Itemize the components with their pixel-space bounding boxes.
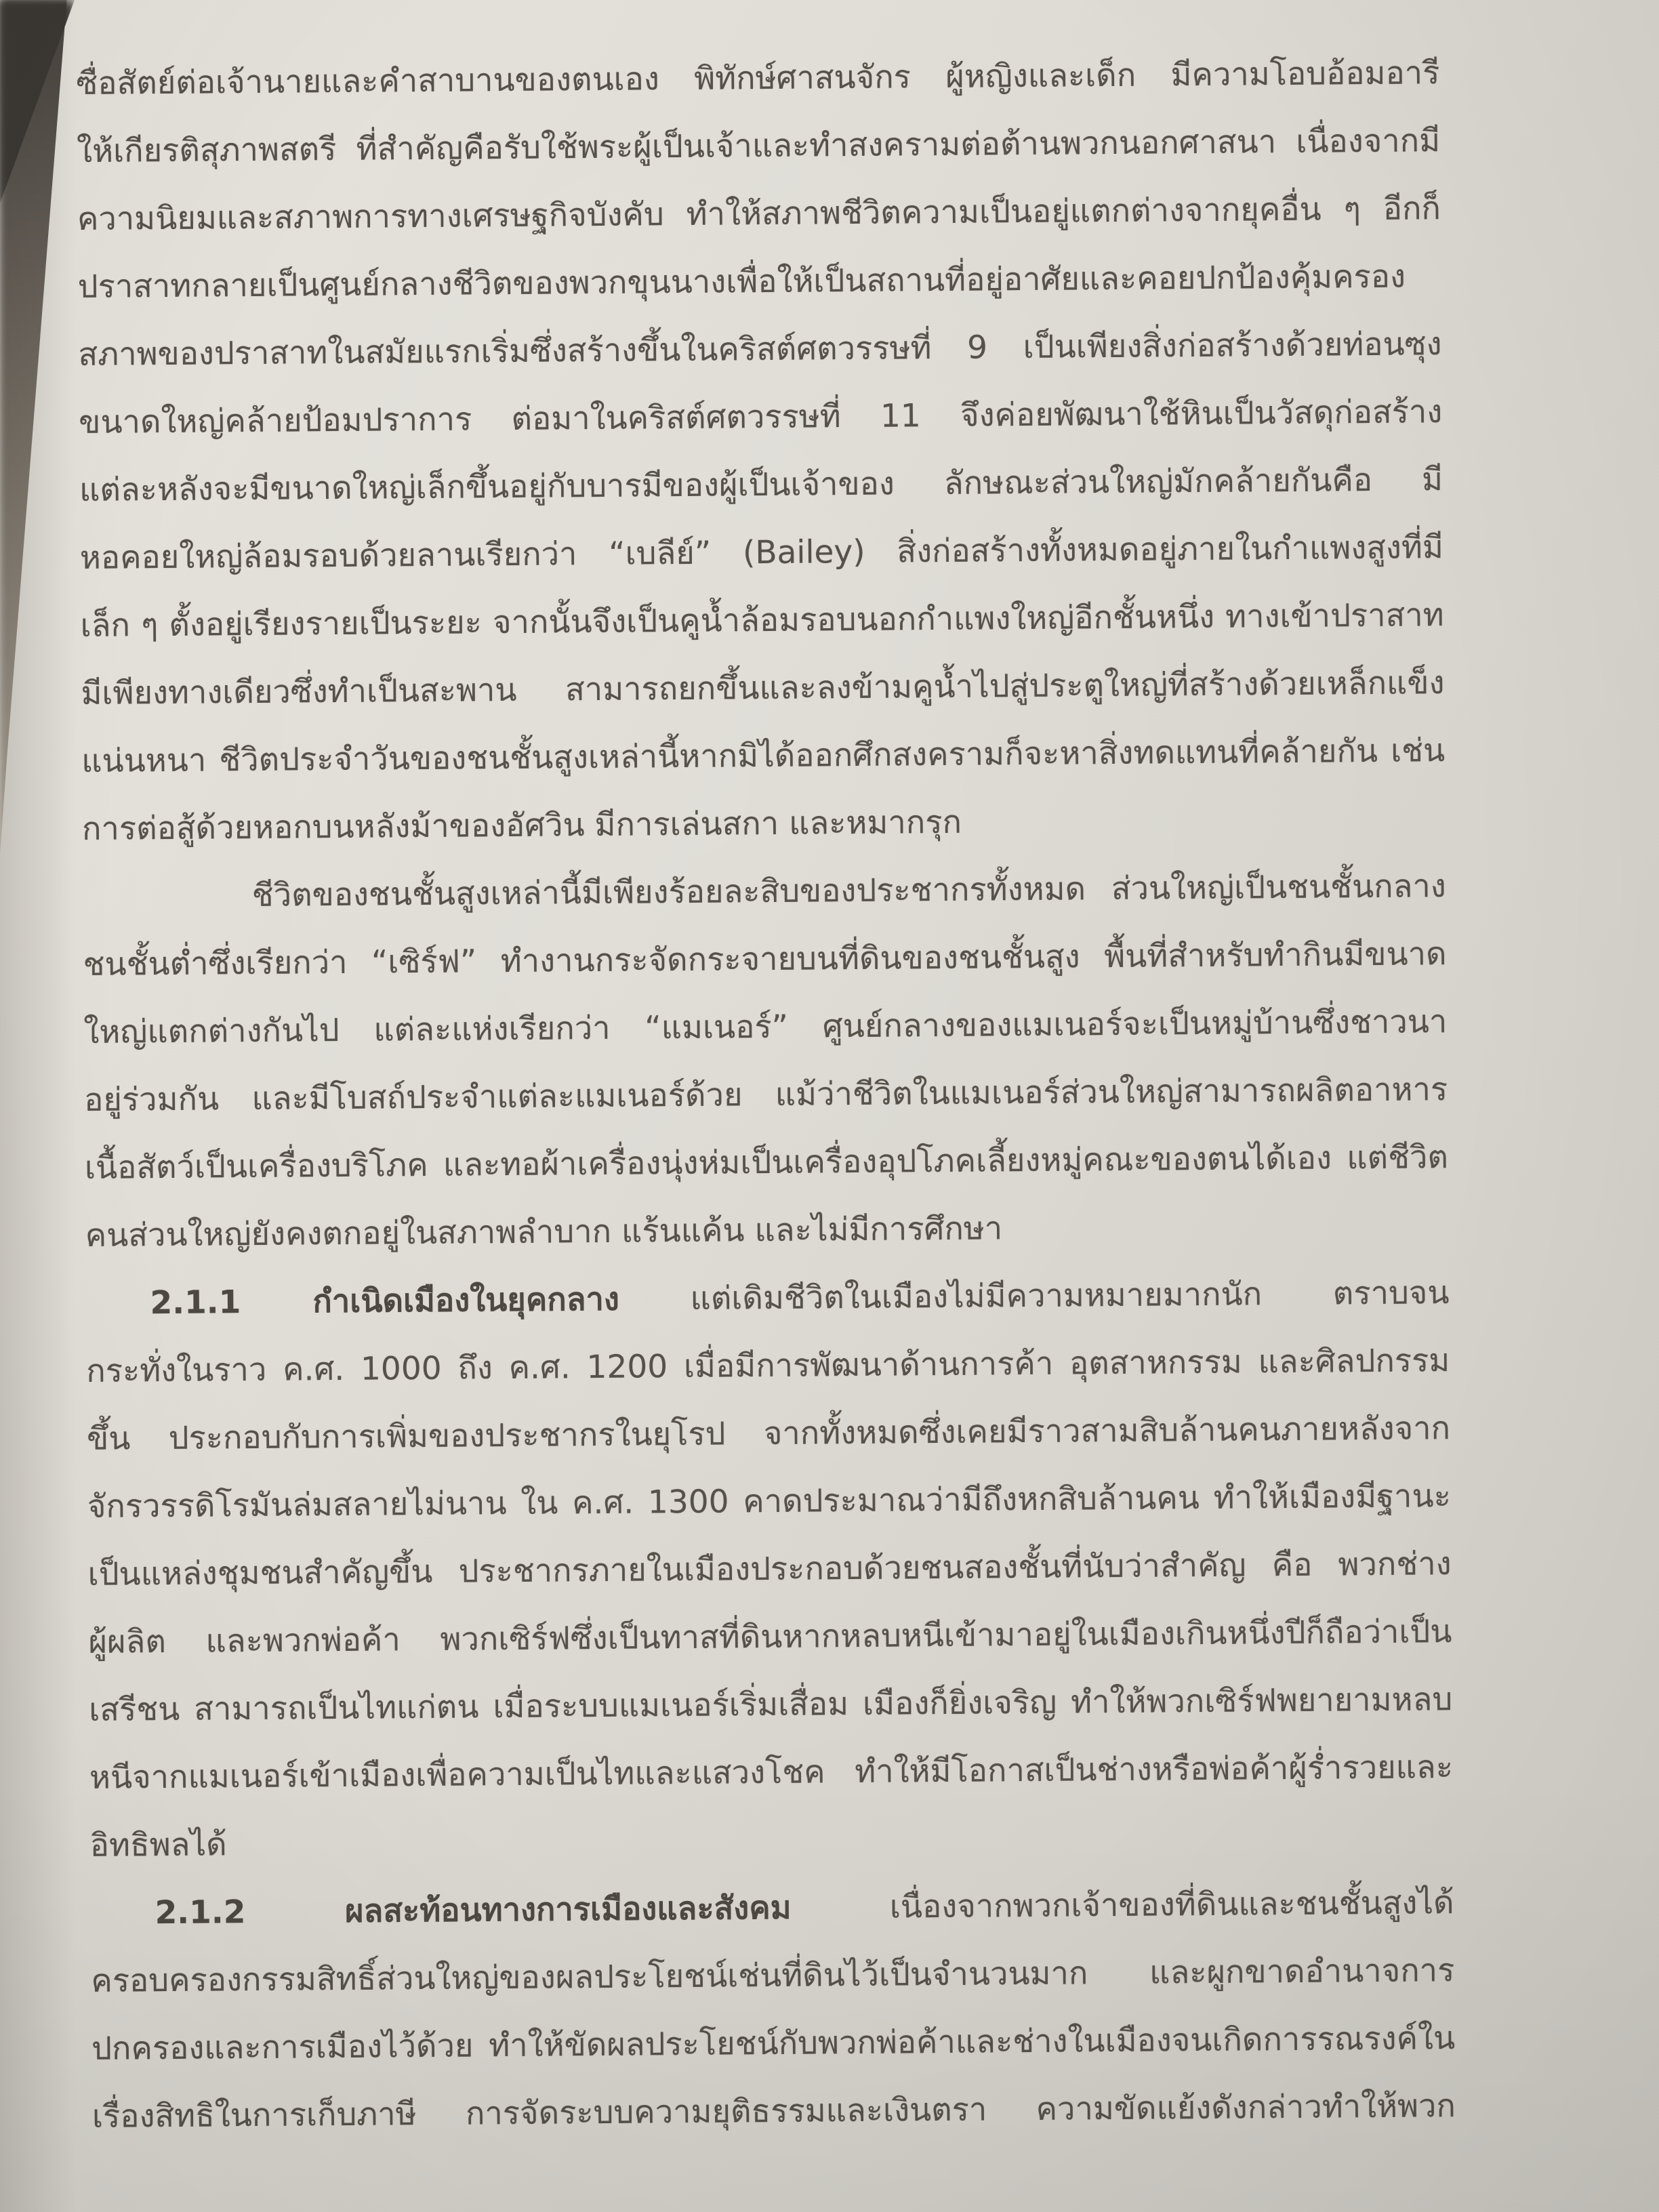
- text-line: เรื่องสิทธิในการเก็บภาษี การจัดระบบความย…: [92, 2072, 1456, 2151]
- text-line: แน่นหนา ชีวิตประจำวันของชนชั้นสูงเหล่านี…: [81, 717, 1446, 796]
- page-text-block: ซื่อสัตย์ต่อเจ้านายและคำสาบานของตนเอง พิ…: [76, 39, 1456, 2151]
- text-line: หนีจากแมเนอร์เข้าเมืองเพื่อความเป็นไทและ…: [89, 1734, 1454, 1812]
- text-line: เนื้อสัตว์เป็นเครื่องบริโภค และทอผ้าเครื…: [85, 1124, 1449, 1202]
- text-line: คนส่วนใหญ่ยังคงตกอยู่ในสภาพลำบาก แร้นแค้…: [85, 1191, 1449, 1270]
- text-line: สภาพของปราสาทในสมัยแรกเริ่มซึ่งสร้างขึ้น…: [78, 310, 1442, 389]
- text-line: เป็นแหล่งชุมชนสำคัญขึ้น ประชากรภายในเมือ…: [87, 1530, 1452, 1609]
- section-heading: 2.1.2 ผลสะท้อนทางการเมืองและสังคม: [155, 1889, 791, 1931]
- text-line: กระทั่งในราว ค.ศ. 1000 ถึง ค.ศ. 1200 เมื…: [86, 1327, 1450, 1406]
- section-heading-line: 2.1.1 กำเนิดเมืองในยุคกลาง แต่เดิมชีวิตใ…: [85, 1259, 1450, 1338]
- text-line: ชนชั้นต่ำซึ่งเรียกว่า “เซิร์ฟ” ทำงานกระจ…: [83, 920, 1447, 999]
- text-line: หอคอยใหญ่ล้อมรอบด้วยลานเรียกว่า “เบลีย์”…: [79, 514, 1443, 592]
- text-line: เสรีชน สามารถเป็นไทแก่ตน เมื่อระบบแมเนอร…: [89, 1666, 1453, 1744]
- text-line: มีเพียงทางเดียวซึ่งทำเป็นสะพาน สามารถยกข…: [81, 649, 1445, 728]
- text-line: ซื่อสัตย์ต่อเจ้านายและคำสาบานของตนเอง พิ…: [76, 39, 1440, 118]
- text-line: ผู้ผลิต และพวกพ่อค้า พวกเซิร์ฟซึ่งเป็นทา…: [88, 1598, 1452, 1677]
- text-line: ใหญ่แตกต่างกันไป แต่ละแห่งเรียกว่า “แมเน…: [83, 988, 1448, 1067]
- text-line: การต่อสู้ด้วยหอกบนหลังม้าของอัศวิน มีการ…: [82, 785, 1446, 863]
- photo-frame: ซื่อสัตย์ต่อเจ้านายและคำสาบานของตนเอง พิ…: [0, 0, 1659, 2212]
- text-line: ความนิยมและสภาพการทางเศรษฐกิจบังคับ ทำให…: [77, 175, 1441, 253]
- text-line: ครอบครองกรรมสิทธิ์ส่วนใหญ่ของผลประโยชน์เ…: [91, 1937, 1455, 2015]
- text-line: อิทธิพลได้: [89, 1801, 1454, 1880]
- text-line: จักรวรรดิโรมันล่มสลายไม่นาน ใน ค.ศ. 1300…: [87, 1462, 1451, 1541]
- text-line: ขนาดใหญ่คล้ายป้อมปราการ ต่อมาในคริสต์ศตว…: [79, 378, 1443, 457]
- text-line: ปราสาทกลายเป็นศูนย์กลางชีวิตของพวกขุนนาง…: [77, 243, 1441, 321]
- section-heading-line: 2.1.2 ผลสะท้อนทางการเมืองและสังคม เนื่อง…: [90, 1869, 1454, 1948]
- text-line: ปกครองและการเมืองไว้ด้วย ทำให้ขัดผลประโย…: [91, 2005, 1456, 2083]
- text-line: ให้เกียรติสุภาพสตรี ที่สำคัญคือรับใช้พระ…: [77, 107, 1441, 186]
- text-line: อยู่ร่วมกัน และมีโบสถ์ประจำแต่ละแมเนอร์ด…: [84, 1056, 1448, 1134]
- text-line: ชีวิตของชนชั้นสูงเหล่านี้มีเพียงร้อยละสิ…: [82, 853, 1446, 931]
- text-line: ขึ้น ประกอบกับการเพิ่มของประชากรในยุโรป …: [87, 1395, 1451, 1473]
- text-line: แต่ละหลังจะมีขนาดใหญ่เล็กขึ้นอยู่กับบารม…: [79, 446, 1443, 525]
- section-heading: 2.1.1 กำเนิดเมืองในยุคกลาง: [150, 1281, 619, 1322]
- text-line: เล็ก ๆ ตั้งอยู่เรียงรายเป็นระยะ จากนั้นจ…: [80, 581, 1444, 660]
